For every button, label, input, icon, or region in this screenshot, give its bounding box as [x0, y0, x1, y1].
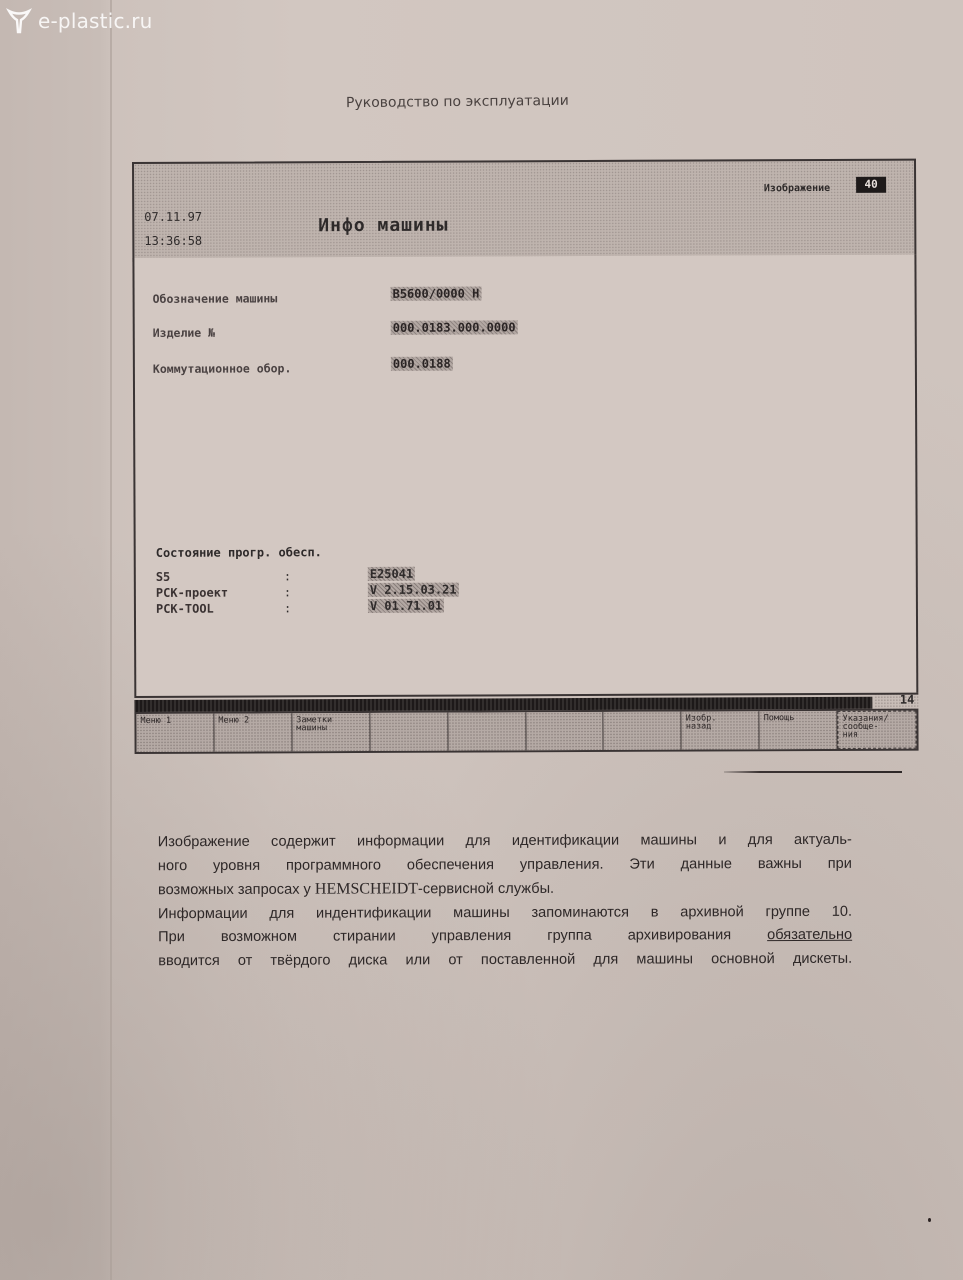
paper-speck	[928, 1218, 931, 1222]
text-fragment: возможных запросах у	[158, 882, 315, 899]
text-fragment: При возможном стирании управления группа…	[158, 927, 767, 945]
software-name: S5	[156, 570, 171, 584]
view-label: Изображение	[764, 183, 830, 194]
machine-designation-value: B5600/0000 H	[391, 286, 482, 300]
software-separator: :	[284, 585, 291, 599]
brand-name: HEMSCHEIDT	[315, 880, 418, 897]
view-number-badge: 40	[856, 177, 886, 193]
emphasized-word: обязательно	[767, 927, 852, 943]
product-number-value: 000.0183.000.0000	[391, 320, 518, 335]
softkey-machine-notes[interactable]: Заметки машины	[292, 713, 370, 751]
softkey-view-back[interactable]: Изобр. назад	[682, 711, 760, 749]
e-plastic-logo-icon	[6, 8, 32, 34]
divider-line	[724, 771, 902, 773]
software-version: V 2.15.03.21	[368, 583, 459, 597]
switching-equipment-label: Коммутационное обор.	[153, 361, 292, 376]
text-line: При возможном стирании управления группа…	[158, 924, 852, 950]
machine-designation-label: Обозначение машины	[153, 291, 278, 306]
text-line: ного уровня программного обеспечения упр…	[158, 852, 852, 878]
text-line: возможных запросах у HEMSCHEIDT-сервисно…	[158, 876, 852, 903]
software-version: E25041	[368, 567, 415, 581]
running-header: Руководство по эксплуатации	[346, 93, 569, 111]
softkey-messages[interactable]: Указания/ сообще- ния	[838, 711, 917, 749]
softkey-empty-7[interactable]	[604, 712, 682, 750]
watermark-text: e-plastic.ru	[38, 9, 153, 33]
softkey-empty-5[interactable]	[448, 712, 526, 750]
screen-body: Обозначение машины B5600/0000 H Изделие …	[132, 255, 918, 696]
software-version: V 01.71.01	[368, 599, 444, 613]
softkey-empty-4[interactable]	[370, 713, 448, 751]
softkey-menu-2[interactable]: Меню 2	[214, 713, 292, 751]
software-separator: :	[284, 601, 291, 615]
software-separator: :	[284, 569, 291, 583]
text-fragment: -сервисной службы.	[418, 881, 554, 897]
software-name: PCK-TOOL	[156, 602, 214, 616]
softkey-empty-6[interactable]	[526, 712, 604, 750]
screen-time: 13:36:58	[144, 234, 202, 248]
product-number-label: Изделие №	[153, 326, 215, 340]
softkey-menu-1[interactable]: Меню 1	[136, 714, 214, 752]
software-name: PCK-проект	[156, 586, 228, 600]
screen-header: Изображение 40 07.11.97 13:36:58 Инфо ма…	[132, 159, 916, 262]
description-text: Изображение содержит информации для иден…	[158, 829, 852, 973]
software-status-title: Состояние прогр. обесп.	[156, 545, 322, 560]
softkey-help[interactable]: Помощь	[760, 711, 838, 749]
switching-equipment-value: 000.0188	[391, 357, 453, 371]
softkey-bar: Меню 1 Меню 2 Заметки машины Изобр. наза…	[134, 709, 918, 754]
text-line: вводится от твёрдого диска или от постав…	[158, 947, 852, 973]
screen-date: 07.11.97	[144, 210, 202, 224]
screen-title: Инфо машины	[318, 215, 448, 237]
text-line: Информации для индентификации машины зап…	[158, 900, 852, 926]
text-line: Изображение содержит информации для иден…	[158, 829, 852, 855]
machine-info-screen: Изображение 40 07.11.97 13:36:58 Инфо ма…	[132, 159, 919, 760]
status-number: 14	[874, 693, 918, 709]
watermark: e-plastic.ru	[6, 8, 153, 34]
page-edge	[110, 0, 112, 1280]
